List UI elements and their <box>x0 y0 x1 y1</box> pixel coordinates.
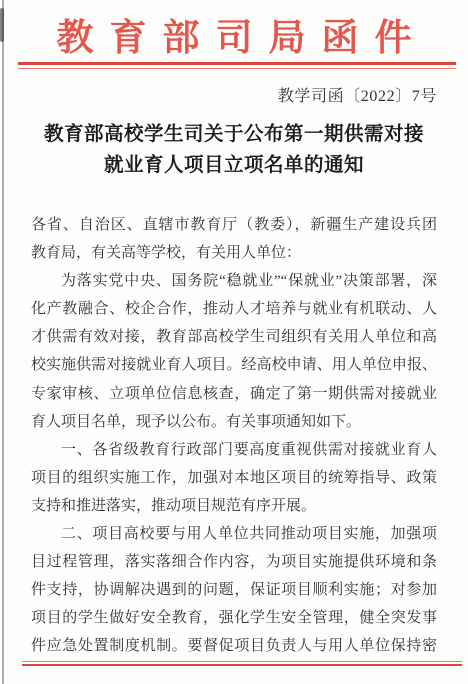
document-title-line1: 教育部高校学生司关于公布第一期供需对接 <box>0 119 468 150</box>
body-line: 育人项目名单，现予以公布。有关事项通知如下。 <box>31 408 437 436</box>
document-body: 各省、自治区、直辖市教育厅（教委），新疆生产建设兵团教育局，有关高等学校，有关用… <box>31 211 437 661</box>
header-divider-thick-line <box>18 62 456 65</box>
body-line: 为落实党中央、国务院“稳就业”“保就业”决策部署，深 <box>31 267 437 295</box>
body-line: 一、各省级教育行政部门要高度重视供需对接就业育人 <box>31 436 437 464</box>
body-line: 各省、自治区、直辖市教育厅（教委），新疆生产建设兵团 <box>31 211 437 239</box>
body-line: 目过程管理，落实落细合作内容，为项目实施提供环境和条 <box>31 548 437 576</box>
scan-edge-artifact <box>2 0 4 684</box>
body-line: 专家审核、立项单位信息核查，确定了第一期供需对接就业 <box>31 380 437 408</box>
body-line: 支持和推进落实，推动项目规范有序开展。 <box>31 492 437 520</box>
body-line: 二、项目高校要与用人单位共同推动项目实施，加强项 <box>31 520 437 548</box>
footer-divider-thin-line <box>22 661 462 662</box>
footer-divider-thick-line <box>22 664 462 667</box>
body-line: 化产教融合、校企合作，推动人才培养与就业有机联动、人 <box>31 295 437 323</box>
body-line: 项目的组织实施工作，加强对本地区项目的统筹指导、政策 <box>31 464 437 492</box>
document-title-line2: 就业育人项目立项名单的通知 <box>0 150 468 181</box>
document-page: 教育部司局函件 教学司函〔2022〕7号 教育部高校学生司关于公布第一期供需对接… <box>0 0 468 684</box>
body-line: 校实施供需对接就业育人项目。经高校申请、用人单位申报、 <box>31 351 437 379</box>
body-line: 件应急处置制度机制。要督促项目负责人与用人单位保持密 <box>31 632 437 660</box>
header-divider-thin-line <box>18 68 456 69</box>
body-line: 件支持，协调解决遇到的问题，保证项目顺利实施；对参加 <box>31 576 437 604</box>
header-divider <box>18 62 456 69</box>
document-title: 教育部高校学生司关于公布第一期供需对接 就业育人项目立项名单的通知 <box>0 119 468 181</box>
body-line: 才供需有效对接，教育部高校学生司组织有关用人单位和高 <box>31 323 437 351</box>
document-masthead: 教育部司局函件 <box>0 7 468 61</box>
footer-divider <box>22 661 462 666</box>
body-line: 项目的学生做好安全教育，强化学生安全管理，健全突发事 <box>31 604 437 632</box>
document-number: 教学司函〔2022〕7号 <box>278 83 437 106</box>
body-line: 教育局，有关高等学校，有关用人单位： <box>31 239 437 267</box>
